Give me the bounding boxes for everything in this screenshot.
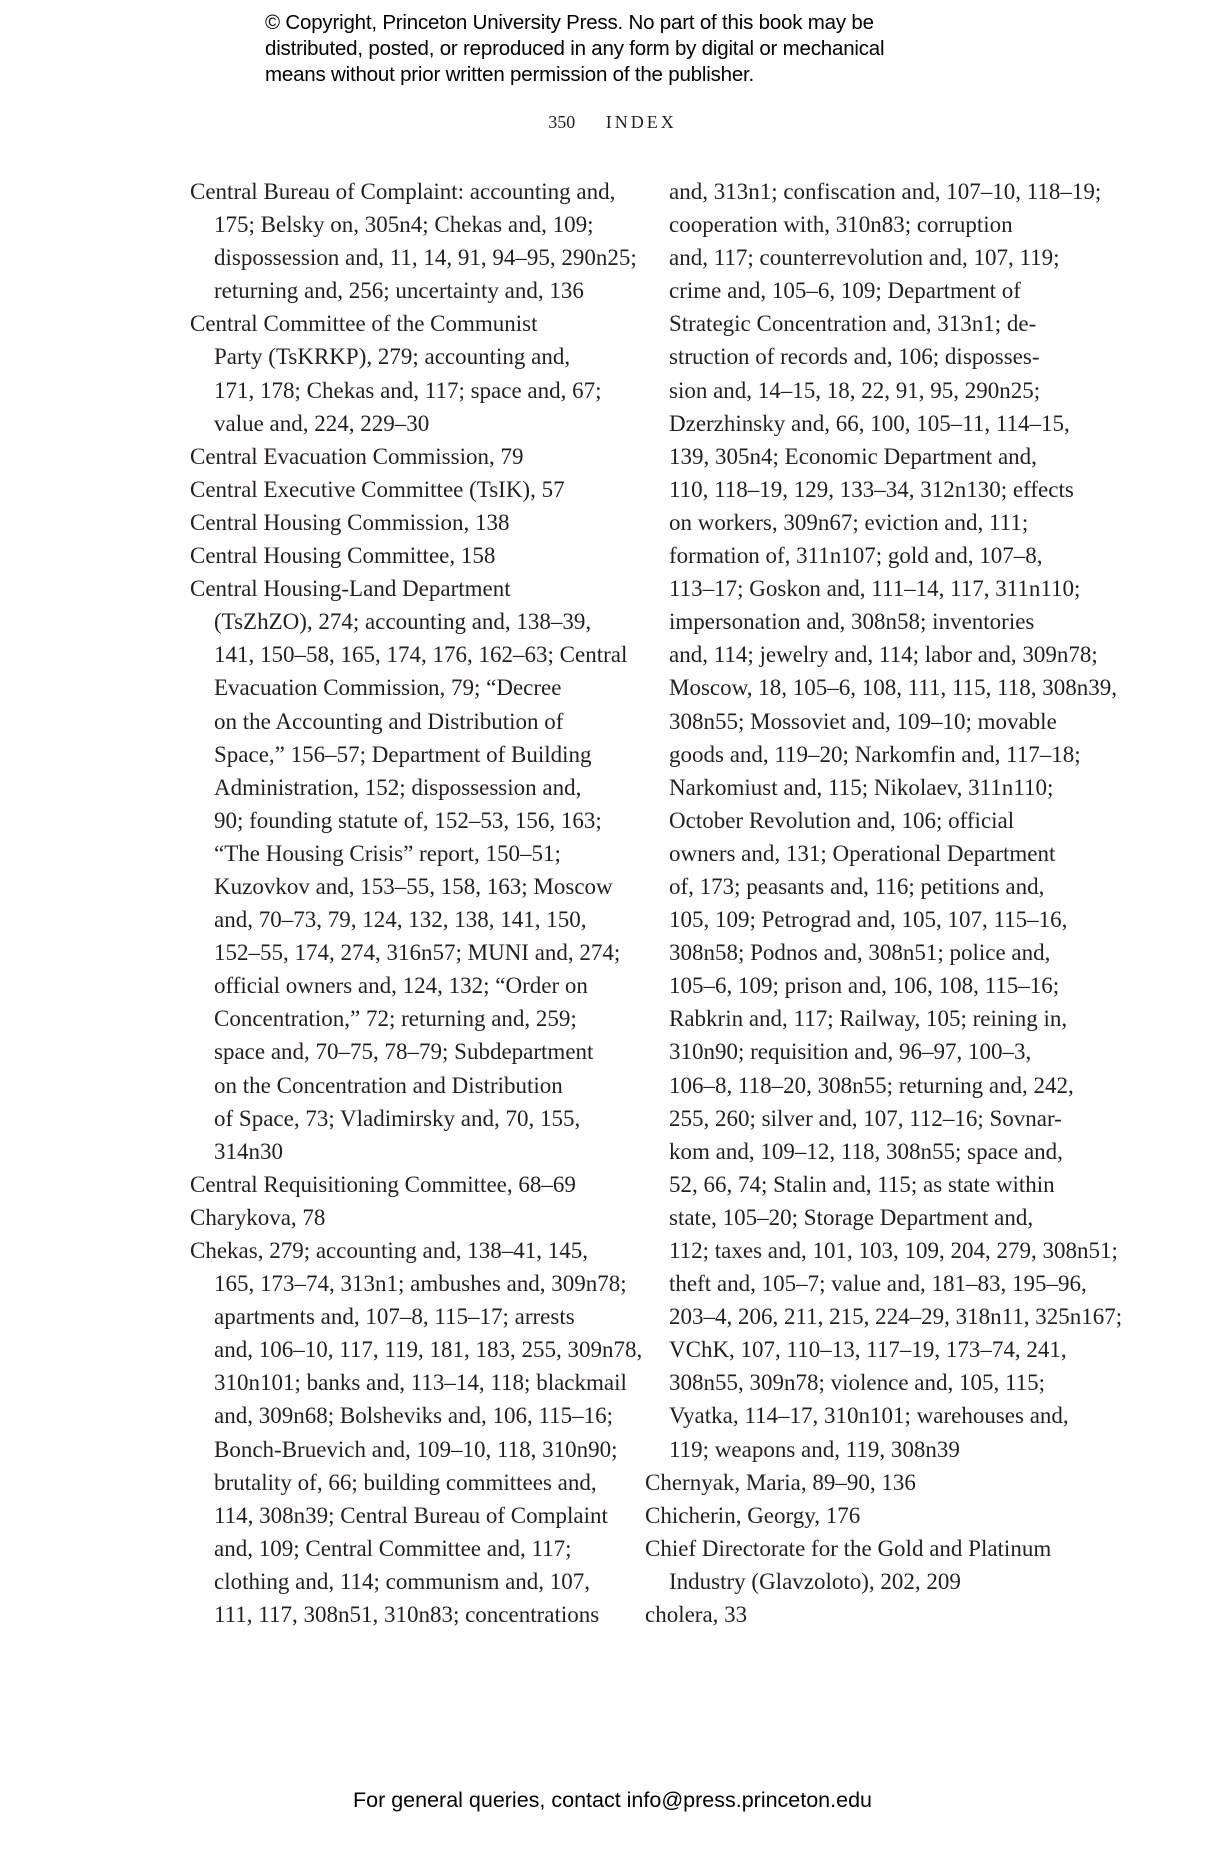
index-subentry-line: Narkomiust and, 115; Nikolaev, 311n110; (645, 771, 1065, 804)
index-subentry-line: 114, 308n39; Central Bureau of Complaint (190, 1499, 610, 1532)
index-subentry-line: 255, 260; silver and, 107, 112–16; Sovna… (645, 1102, 1065, 1135)
copyright-line: © Copyright, Princeton University Press.… (265, 10, 1025, 36)
index-subentry-line: clothing and, 114; communism and, 107, (190, 1565, 610, 1598)
index-subentry-line: 139, 305n4; Economic Department and, (645, 440, 1065, 473)
index-subentry-line: Industry (Glavzoloto), 202, 209 (645, 1565, 1065, 1598)
index-entry-line: cholera, 33 (645, 1598, 1065, 1631)
index-entry-line: Chief Directorate for the Gold and Plati… (645, 1532, 1065, 1565)
index-subentry-line: 90; founding statute of, 152–53, 156, 16… (190, 804, 610, 837)
index-subentry-line: and, 117; counterrevolution and, 107, 11… (645, 241, 1065, 274)
index-subentry-line: Evacuation Commission, 79; “Decree (190, 671, 610, 704)
index-entry-line: Central Housing-Land Department (190, 572, 610, 605)
section-title: INDEX (606, 112, 677, 132)
index-subentry-line: (TsZhZO), 274; accounting and, 138–39, (190, 605, 610, 638)
index-subentry-line: owners and, 131; Operational Department (645, 837, 1065, 870)
index-subentry-line: and, 309n68; Bolsheviks and, 106, 115–16… (190, 1399, 610, 1432)
index-subentry-line: Bonch-Bruevich and, 109–10, 118, 310n90; (190, 1433, 610, 1466)
index-subentry-line: brutality of, 66; building committees an… (190, 1466, 610, 1499)
index-subentry-line: impersonation and, 308n58; inventories (645, 605, 1065, 638)
index-subentry-line: Strategic Concentration and, 313n1; de- (645, 307, 1065, 340)
index-subentry-line: 175; Belsky on, 305n4; Chekas and, 109; (190, 208, 610, 241)
index-subentry-line: official owners and, 124, 132; “Order on (190, 969, 610, 1002)
index-subentry-line: 111, 117, 308n51, 310n83; concentrations (190, 1598, 610, 1631)
index-subentry-line: space and, 70–75, 78–79; Subdepartment (190, 1035, 610, 1068)
index-entry-line: Central Housing Committee, 158 (190, 539, 610, 572)
index-subentry-line: on workers, 309n67; eviction and, 111; (645, 506, 1065, 539)
index-subentry-line: kom and, 109–12, 118, 308n55; space and, (645, 1135, 1065, 1168)
index-entry-line: Central Evacuation Commission, 79 (190, 440, 610, 473)
index-subentry-line: and, 109; Central Committee and, 117; (190, 1532, 610, 1565)
index-subentry-line: 52, 66, 74; Stalin and, 115; as state wi… (645, 1168, 1065, 1201)
index-subentry-line: sion and, 14–15, 18, 22, 91, 95, 290n25; (645, 374, 1065, 407)
index-subentry-line: 152–55, 174, 274, 316n57; MUNI and, 274; (190, 936, 610, 969)
index-subentry-line: 308n55, 309n78; violence and, 105, 115; (645, 1366, 1065, 1399)
index-subentry-line: state, 105–20; Storage Department and, (645, 1201, 1065, 1234)
index-subentry-line: returning and, 256; uncertainty and, 136 (190, 274, 610, 307)
index-subentry-line: on the Accounting and Distribution of (190, 705, 610, 738)
index-subentry-line: Kuzovkov and, 153–55, 158, 163; Moscow (190, 870, 610, 903)
index-subentry-line: VChK, 107, 110–13, 117–19, 173–74, 241, (645, 1333, 1065, 1366)
index-entry-line: Chernyak, Maria, 89–90, 136 (645, 1466, 1065, 1499)
index-subentry-line: of, 173; peasants and, 116; petitions an… (645, 870, 1065, 903)
index-subentry-line: struction of records and, 106; disposses… (645, 340, 1065, 373)
index-subentry-line: “The Housing Crisis” report, 150–51; (190, 837, 610, 870)
index-subentry-line: on the Concentration and Distribution (190, 1069, 610, 1102)
index-subentry-line: goods and, 119–20; Narkomfin and, 117–18… (645, 738, 1065, 771)
index-subentry-line: 113–17; Goskon and, 111–14, 117, 311n110… (645, 572, 1065, 605)
index-subentry-line: 314n30 (190, 1135, 610, 1168)
index-subentry-line: theft and, 105–7; value and, 181–83, 195… (645, 1267, 1065, 1300)
index-subentry-line: apartments and, 107–8, 115–17; arrests (190, 1300, 610, 1333)
index-entry-line: Central Executive Committee (TsIK), 57 (190, 473, 610, 506)
index-subentry-line: of Space, 73; Vladimirsky and, 70, 155, (190, 1102, 610, 1135)
index-column-right: and, 313n1; confiscation and, 107–10, 11… (645, 175, 1065, 1631)
contact-footer: For general queries, contact info@press.… (0, 1788, 1225, 1813)
index-subentry-line: cooperation with, 310n83; corruption (645, 208, 1065, 241)
index-subentry-line: 110, 118–19, 129, 133–34, 312n130; effec… (645, 473, 1065, 506)
index-entry-line: Chekas, 279; accounting and, 138–41, 145… (190, 1234, 610, 1267)
index-entry-line: Central Housing Commission, 138 (190, 506, 610, 539)
index-subentry-line: and, 313n1; confiscation and, 107–10, 11… (645, 175, 1065, 208)
index-subentry-line: 310n90; requisition and, 96–97, 100–3, (645, 1035, 1065, 1068)
index-subentry-line: 105, 109; Petrograd and, 105, 107, 115–1… (645, 903, 1065, 936)
copyright-line: distributed, posted, or reproduced in an… (265, 36, 1025, 62)
index-subentry-line: October Revolution and, 106; official (645, 804, 1065, 837)
index-entry-line: Central Bureau of Complaint: accounting … (190, 175, 610, 208)
index-subentry-line: 165, 173–74, 313n1; ambushes and, 309n78… (190, 1267, 610, 1300)
index-subentry-line: 112; taxes and, 101, 103, 109, 204, 279,… (645, 1234, 1065, 1267)
page-number: 350 (548, 112, 575, 132)
index-subentry-line: Moscow, 18, 105–6, 108, 111, 115, 118, 3… (645, 671, 1065, 704)
index-subentry-line: Party (TsKRKP), 279; accounting and, (190, 340, 610, 373)
index-subentry-line: Dzerzhinsky and, 66, 100, 105–11, 114–15… (645, 407, 1065, 440)
index-subentry-line: and, 70–73, 79, 124, 132, 138, 141, 150, (190, 903, 610, 936)
index-subentry-line: Rabkrin and, 117; Railway, 105; reining … (645, 1002, 1065, 1035)
index-entry-line: Central Requisitioning Committee, 68–69 (190, 1168, 610, 1201)
index-subentry-line: 171, 178; Chekas and, 117; space and, 67… (190, 374, 610, 407)
index-entry-line: Charykova, 78 (190, 1201, 610, 1234)
index-subentry-line: dispossession and, 11, 14, 91, 94–95, 29… (190, 241, 610, 274)
index-subentry-line: formation of, 311n107; gold and, 107–8, (645, 539, 1065, 572)
index-subentry-line: 308n58; Podnos and, 308n51; police and, (645, 936, 1065, 969)
index-subentry-line: value and, 224, 229–30 (190, 407, 610, 440)
index-entry-line: Chicherin, Georgy, 176 (645, 1499, 1065, 1532)
index-subentry-line: Vyatka, 114–17, 310n101; warehouses and, (645, 1399, 1065, 1432)
index-subentry-line: 203–4, 206, 211, 215, 224–29, 318n11, 32… (645, 1300, 1065, 1333)
index-subentry-line: 308n55; Mossoviet and, 109–10; movable (645, 705, 1065, 738)
index-subentry-line: and, 106–10, 117, 119, 181, 183, 255, 30… (190, 1333, 610, 1366)
index-subentry-line: 141, 150–58, 165, 174, 176, 162–63; Cent… (190, 638, 610, 671)
index-subentry-line: Administration, 152; dispossession and, (190, 771, 610, 804)
index-subentry-line: 105–6, 109; prison and, 106, 108, 115–16… (645, 969, 1065, 1002)
copyright-line: means without prior written permission o… (265, 62, 1025, 88)
index-subentry-line: Concentration,” 72; returning and, 259; (190, 1002, 610, 1035)
index-subentry-line: and, 114; jewelry and, 114; labor and, 3… (645, 638, 1065, 671)
index-subentry-line: Space,” 156–57; Department of Building (190, 738, 610, 771)
index-subentry-line: 106–8, 118–20, 308n55; returning and, 24… (645, 1069, 1065, 1102)
running-head: 350 INDEX (0, 112, 1225, 133)
index-entry-line: Central Committee of the Communist (190, 307, 610, 340)
index-subentry-line: crime and, 105–6, 109; Department of (645, 274, 1065, 307)
index-column-left: Central Bureau of Complaint: accounting … (190, 175, 610, 1631)
index-subentry-line: 119; weapons and, 119, 308n39 (645, 1433, 1065, 1466)
index-subentry-line: 310n101; banks and, 113–14, 118; blackma… (190, 1366, 610, 1399)
copyright-notice: © Copyright, Princeton University Press.… (265, 10, 1025, 88)
